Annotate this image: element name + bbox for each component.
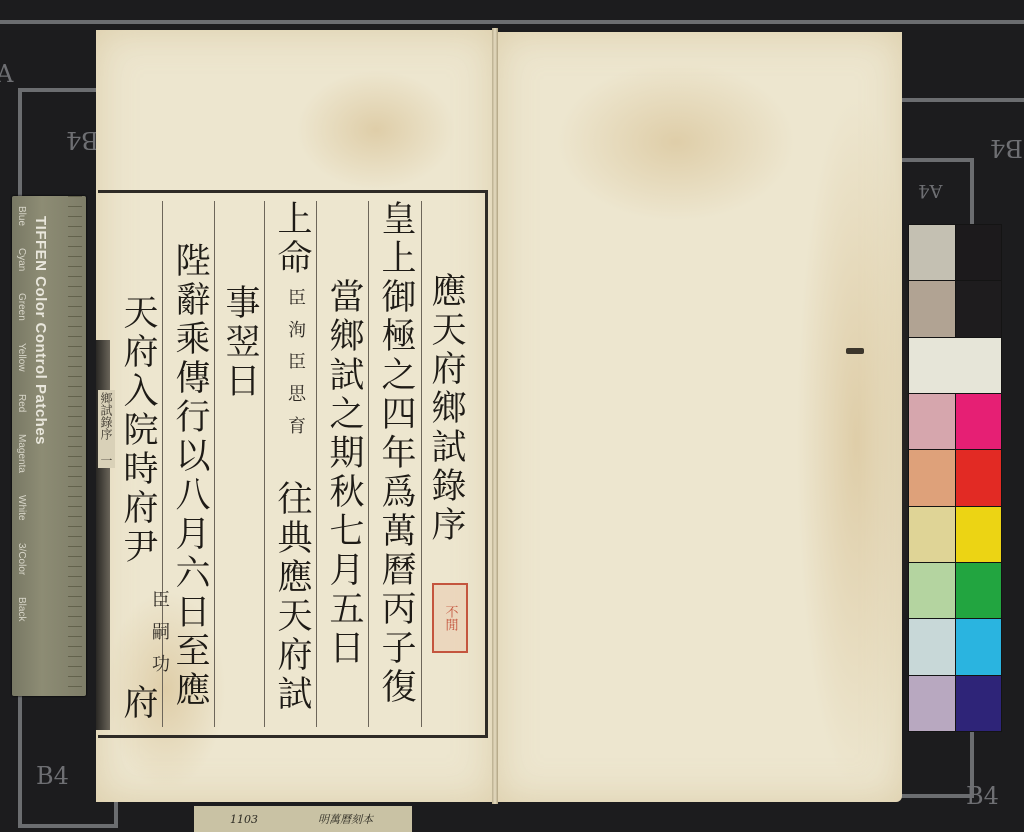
ruler-label: Black	[16, 597, 27, 621]
ruler-label: Blue	[16, 206, 27, 226]
catalog-label-slip: 1103 明萬曆刻本	[194, 806, 412, 832]
color-calibration-chart	[908, 224, 1002, 732]
column-rule	[316, 201, 317, 727]
column-rule	[214, 201, 215, 727]
text-column-6-head: 天府入院時府尹	[120, 294, 155, 567]
board-mark-b4-right-upper: B4	[990, 134, 1023, 162]
ruler-label: Green	[16, 293, 27, 321]
board-mark-a: A	[0, 60, 13, 88]
color-patch	[909, 225, 955, 280]
catalog-note: 明萬曆刻本	[318, 811, 373, 827]
color-patch	[909, 338, 1001, 393]
ruler-label: 3/Color	[16, 543, 27, 575]
text-column-3-small: 臣洵臣思育	[282, 288, 308, 448]
ink-blot	[846, 348, 864, 354]
color-patch	[956, 394, 1002, 449]
board-mark-b4-left-upper: B4	[66, 126, 99, 154]
ruler-color-labels: Blue Cyan Green Yellow Red Magenta White…	[16, 206, 27, 621]
red-seal-stamp: 不閒	[432, 583, 468, 653]
catalog-number: 1103	[230, 813, 258, 826]
paper-stain	[556, 62, 796, 222]
board-mark-b4-right-lower: B4	[966, 782, 999, 810]
column-rule	[368, 201, 369, 727]
paper-stain	[796, 92, 916, 792]
color-patch	[956, 281, 1002, 336]
board-mark-a4-right: A4	[918, 180, 942, 201]
text-column-6-small: 臣嗣功	[146, 590, 172, 686]
color-patch	[909, 281, 955, 336]
text-column-3-head: 上命	[274, 200, 309, 278]
ruler-label: White	[16, 495, 27, 521]
ruler-label: Magenta	[16, 434, 27, 473]
ruler-brand-title: TIFFEN Color Control Patches	[32, 216, 49, 445]
ruler-label: Red	[16, 394, 27, 412]
preface-title: 應天府鄉試錄序	[428, 272, 463, 545]
text-column-2: 當鄉試之期秋七月五日	[326, 278, 361, 668]
color-patch	[909, 563, 955, 618]
paper-stain	[296, 70, 456, 190]
text-column-1: 皇上御極之四年爲萬曆丙子復	[378, 200, 413, 707]
book-right-page	[496, 32, 902, 802]
color-patch	[909, 394, 955, 449]
ruler-tick-marks	[68, 196, 82, 696]
color-patch	[909, 619, 955, 674]
color-patch	[956, 619, 1002, 674]
color-patch	[956, 225, 1002, 280]
text-column-3-rest: 往典應天府試	[274, 480, 309, 714]
color-patch	[909, 676, 955, 731]
column-rule	[264, 201, 265, 727]
board-mark-b4-left-lower: B4	[36, 762, 69, 790]
color-patch	[956, 507, 1002, 562]
color-patch	[909, 450, 955, 505]
text-column-6-rest: 府	[120, 684, 155, 723]
color-patch	[956, 563, 1002, 618]
color-patch	[909, 507, 955, 562]
ruler-label: Yellow	[16, 343, 27, 372]
tiffen-color-control-strip: Blue Cyan Green Yellow Red Magenta White…	[12, 196, 86, 696]
ruler-label: Cyan	[16, 248, 27, 271]
scanning-board: A B4 B4 B4 A4 B4 Blue Cyan Green Yellow …	[0, 0, 1024, 832]
column-rule	[421, 201, 422, 727]
color-patch	[956, 676, 1002, 731]
text-column-5: 陛辭乘傳行以八月六日至應	[172, 242, 207, 710]
color-patch	[956, 450, 1002, 505]
text-column-4: 事翌日	[222, 284, 257, 401]
book-spine	[492, 28, 498, 804]
